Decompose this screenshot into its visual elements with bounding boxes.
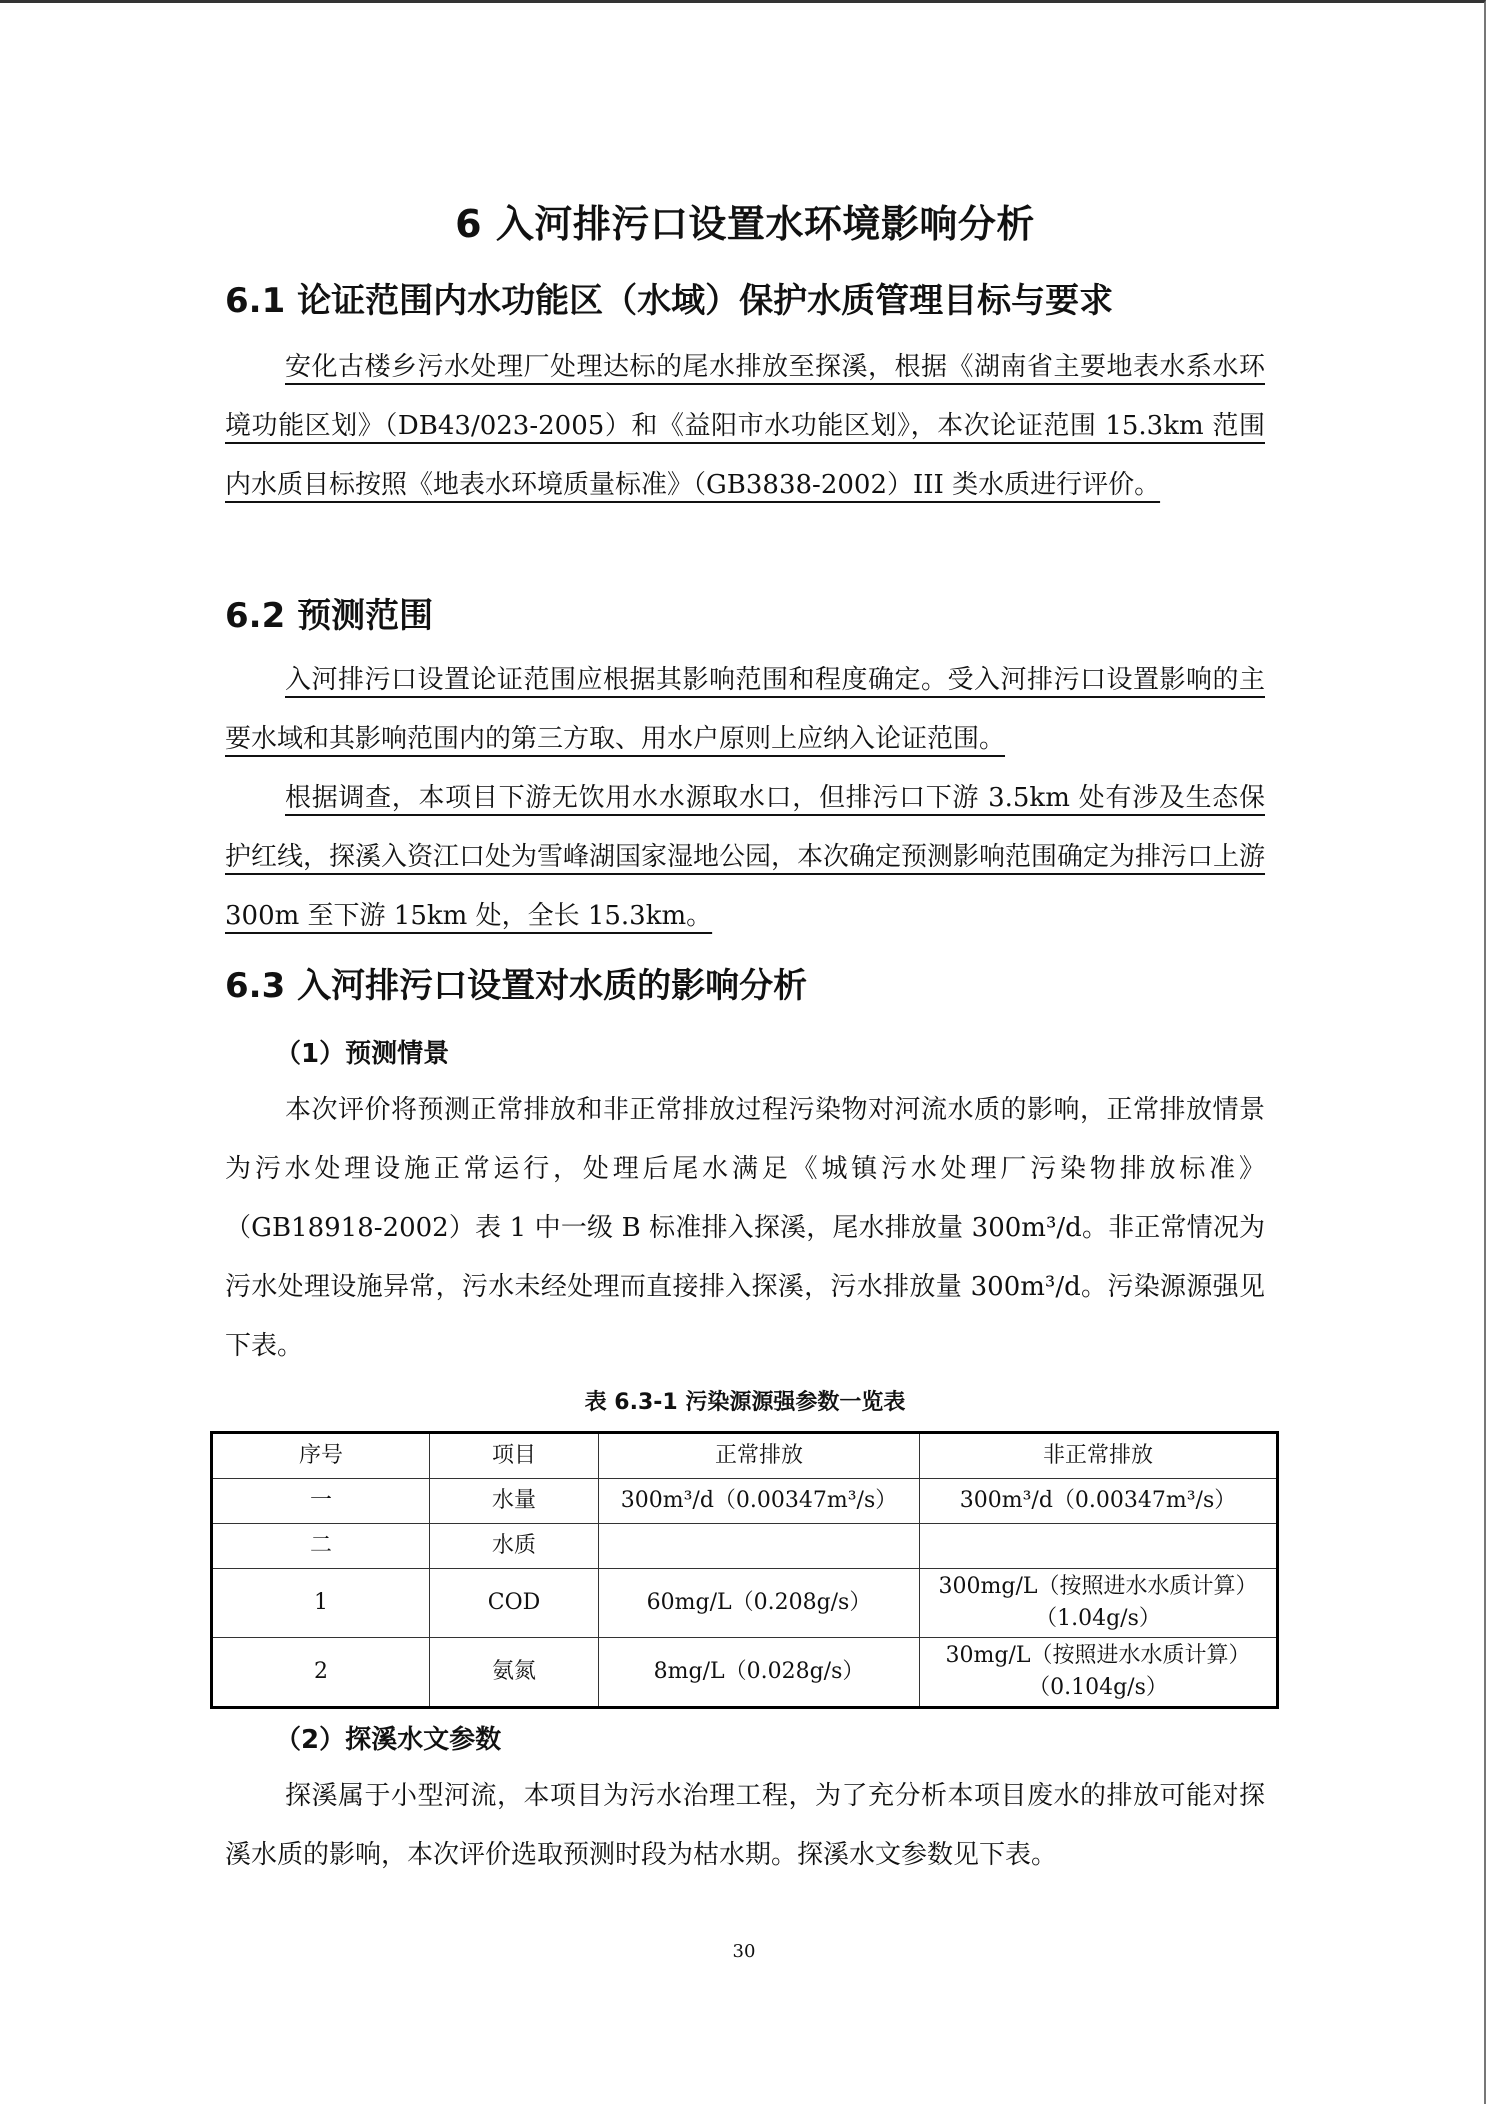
table-row: 一 水量 300m³/d（0.00347m³/s） 300m³/d（0.0034… bbox=[212, 1479, 1278, 1524]
table-cell: 1 bbox=[212, 1569, 430, 1638]
section-6-2-paragraph-1-text: 入河排污口设置论证范围应根据其影响范围和程度确定。受入河排污口设置影响的主要水域… bbox=[225, 665, 1265, 754]
section-6-1-paragraph: 安化古楼乡污水处理厂处理达标的尾水排放至探溪，根据《湖南省主要地表水系水环境功能… bbox=[225, 338, 1265, 515]
section-6-3-paragraph-1: 本次评价将预测正常排放和非正常排放过程污染物对河流水质的影响，正常排放情景为污水… bbox=[225, 1081, 1265, 1376]
table-cell: 8mg/L（0.028g/s） bbox=[599, 1638, 920, 1708]
table-cell: 30mg/L（按照进水水质计算）（0.104g/s） bbox=[920, 1638, 1278, 1708]
table-cell: 氨氮 bbox=[430, 1638, 599, 1708]
chapter-title: 6 入河排污口设置水环境影响分析 bbox=[225, 193, 1265, 248]
table-cell: 水量 bbox=[430, 1479, 599, 1524]
document-page: 6 入河排污口设置水环境影响分析 6.1 论证范围内水功能区（水域）保护水质管理… bbox=[0, 0, 1486, 2104]
section-6-2-paragraph-2-text: 根据调查，本项目下游无饮用水水源取水口，但排污口下游 3.5km 处有涉及生态保… bbox=[225, 783, 1265, 931]
section-6-1-title: 6.1 论证范围内水功能区（水域）保护水质管理目标与要求 bbox=[225, 273, 1113, 322]
page-number: 30 bbox=[0, 1941, 1488, 1962]
table-cell: 二 bbox=[212, 1524, 430, 1569]
section-6-3-paragraph-2: 探溪属于小型河流，本项目为污水治理工程，为了充分析本项目废水的排放可能对探溪水质… bbox=[225, 1767, 1265, 1885]
table-cell: 60mg/L（0.208g/s） bbox=[599, 1569, 920, 1638]
table-cell: 水质 bbox=[430, 1524, 599, 1569]
table-header-cell: 非正常排放 bbox=[920, 1433, 1278, 1479]
table-cell: COD bbox=[430, 1569, 599, 1638]
table-header-cell: 序号 bbox=[212, 1433, 430, 1479]
table-header-cell: 正常排放 bbox=[599, 1433, 920, 1479]
subsection-prediction-scenario-title: （1）预测情景 bbox=[275, 1033, 449, 1070]
table-caption: 表 6.3-1 污染源源强参数一览表 bbox=[225, 1385, 1265, 1416]
section-6-2-paragraph-1: 入河排污口设置论证范围应根据其影响范围和程度确定。受入河排污口设置影响的主要水域… bbox=[225, 651, 1265, 769]
section-6-1-paragraph-text: 安化古楼乡污水处理厂处理达标的尾水排放至探溪，根据《湖南省主要地表水系水环境功能… bbox=[225, 352, 1265, 500]
table-cell: 2 bbox=[212, 1638, 430, 1708]
table-row: 2 氨氮 8mg/L（0.028g/s） 30mg/L（按照进水水质计算）（0.… bbox=[212, 1638, 1278, 1708]
table-cell: 300mg/L（按照进水水质计算）（1.04g/s） bbox=[920, 1569, 1278, 1638]
section-6-3-title: 6.3 入河排污口设置对水质的影响分析 bbox=[225, 958, 807, 1007]
table-row: 二 水质 bbox=[212, 1524, 1278, 1569]
table-row: 1 COD 60mg/L（0.208g/s） 300mg/L（按照进水水质计算）… bbox=[212, 1569, 1278, 1638]
pollution-source-table: 序号 项目 正常排放 非正常排放 一 水量 300m³/d（0.00347m³/… bbox=[210, 1431, 1279, 1709]
section-6-2-title: 6.2 预测范围 bbox=[225, 588, 433, 637]
table-cell bbox=[920, 1524, 1278, 1569]
table-header-cell: 项目 bbox=[430, 1433, 599, 1479]
subsection-hydrology-title: （2）探溪水文参数 bbox=[275, 1719, 501, 1756]
table-cell: 300m³/d（0.00347m³/s） bbox=[599, 1479, 920, 1524]
table-cell: 300m³/d（0.00347m³/s） bbox=[920, 1479, 1278, 1524]
section-6-2-paragraph-2: 根据调查，本项目下游无饮用水水源取水口，但排污口下游 3.5km 处有涉及生态保… bbox=[225, 769, 1265, 946]
table-header-row: 序号 项目 正常排放 非正常排放 bbox=[212, 1433, 1278, 1479]
table-cell bbox=[599, 1524, 920, 1569]
table-cell: 一 bbox=[212, 1479, 430, 1524]
